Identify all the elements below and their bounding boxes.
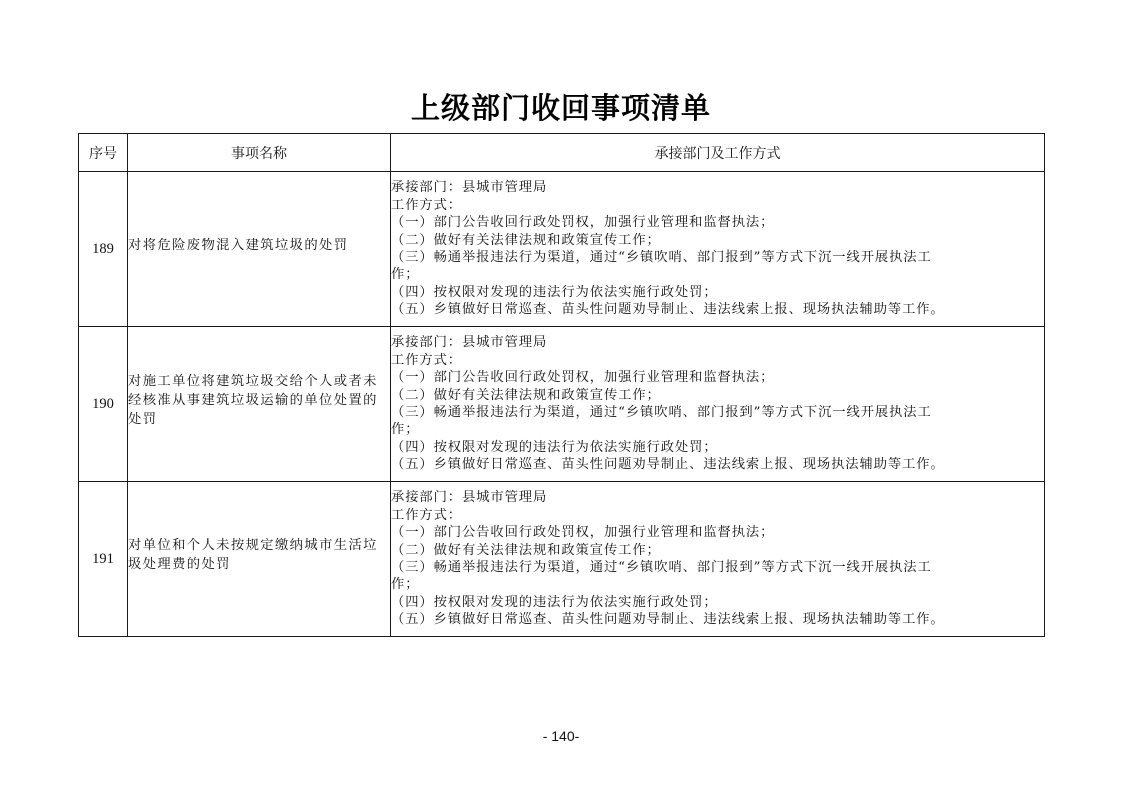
method-item-3: （三）畅通举报违法行为渠道，通过“乡镇吹哨、部门报到”等方式下沉一线开展执法工 (391, 559, 1044, 576)
method-heading: 工作方式： (391, 197, 1044, 214)
department-line: 承接部门：县城市管理局 (391, 179, 1044, 196)
method-item-3: （三）畅通举报违法行为渠道，通过“乡镇吹哨、部门报到”等方式下沉一线开展执法工 (391, 249, 1044, 266)
method-heading: 工作方式： (391, 352, 1044, 369)
recalled-items-table: 序号 事项名称 承接部门及工作方式 189 对将危险废物混入建筑垃圾的处罚 承接… (78, 133, 1045, 637)
method-item-3-cont: 作； (391, 266, 1044, 283)
method-item-3-cont: 作； (391, 421, 1044, 438)
method-item-1: （一）部门公告收回行政处罚权，加强行业管理和监督执法； (391, 524, 1044, 541)
method-item-3: （三）畅通举报违法行为渠道，通过“乡镇吹哨、部门报到”等方式下沉一线开展执法工 (391, 404, 1044, 421)
row-item-name: 对施工单位将建筑垃圾交给个人或者未经核准从事建筑垃圾运输的单位处置的处罚 (128, 327, 391, 482)
method-item-5: （五）乡镇做好日常巡查、苗头性问题劝导制止、违法线索上报、现场执法辅助等工作。 (391, 301, 1044, 318)
method-item-1: （一）部门公告收回行政处罚权，加强行业管理和监督执法； (391, 369, 1044, 386)
method-item-2: （二）做好有关法律法规和政策宣传工作； (391, 387, 1044, 404)
header-item-name: 事项名称 (128, 134, 391, 172)
department-line: 承接部门：县城市管理局 (391, 334, 1044, 351)
method-item-4: （四）按权限对发现的违法行为依法实施行政处罚； (391, 439, 1044, 456)
method-item-2: （二）做好有关法律法规和政策宣传工作； (391, 232, 1044, 249)
item-name-text: 对单位和个人未按规定缴纳城市生活垃圾处理费的处罚 (128, 536, 390, 582)
method-item-5: （五）乡镇做好日常巡查、苗头性问题劝导制止、违法线索上报、现场执法辅助等工作。 (391, 456, 1044, 473)
header-number: 序号 (79, 134, 128, 172)
row-department-method: 承接部门：县城市管理局 工作方式： （一）部门公告收回行政处罚权，加强行业管理和… (391, 172, 1045, 327)
table-row: 191 对单位和个人未按规定缴纳城市生活垃圾处理费的处罚 承接部门：县城市管理局… (79, 482, 1045, 637)
method-item-1: （一）部门公告收回行政处罚权，加强行业管理和监督执法； (391, 214, 1044, 231)
method-item-4: （四）按权限对发现的违法行为依法实施行政处罚； (391, 284, 1044, 301)
item-name-text: 对将危险废物混入建筑垃圾的处罚 (128, 236, 390, 263)
table-body: 189 对将危险废物混入建筑垃圾的处罚 承接部门：县城市管理局 工作方式： （一… (79, 172, 1045, 637)
table-row: 190 对施工单位将建筑垃圾交给个人或者未经核准从事建筑垃圾运输的单位处置的处罚… (79, 327, 1045, 482)
row-item-name: 对单位和个人未按规定缴纳城市生活垃圾处理费的处罚 (128, 482, 391, 637)
row-department-method: 承接部门：县城市管理局 工作方式： （一）部门公告收回行政处罚权，加强行业管理和… (391, 482, 1045, 637)
method-item-2: （二）做好有关法律法规和政策宣传工作； (391, 542, 1044, 559)
row-department-method: 承接部门：县城市管理局 工作方式： （一）部门公告收回行政处罚权，加强行业管理和… (391, 327, 1045, 482)
table-header: 序号 事项名称 承接部门及工作方式 (79, 134, 1045, 172)
row-item-name: 对将危险废物混入建筑垃圾的处罚 (128, 172, 391, 327)
method-item-4: （四）按权限对发现的违法行为依法实施行政处罚； (391, 594, 1044, 611)
department-line: 承接部门：县城市管理局 (391, 489, 1044, 506)
method-heading: 工作方式： (391, 507, 1044, 524)
method-item-3-cont: 作； (391, 576, 1044, 593)
row-number: 190 (79, 327, 128, 482)
page-number: - 140- (0, 728, 1122, 744)
row-number: 189 (79, 172, 128, 327)
page-title: 上级部门收回事项清单 (0, 88, 1122, 128)
table-row: 189 对将危险废物混入建筑垃圾的处罚 承接部门：县城市管理局 工作方式： （一… (79, 172, 1045, 327)
header-department-method: 承接部门及工作方式 (391, 134, 1045, 172)
row-number: 191 (79, 482, 128, 637)
header-row: 序号 事项名称 承接部门及工作方式 (79, 134, 1045, 172)
item-name-text: 对施工单位将建筑垃圾交给个人或者未经核准从事建筑垃圾运输的单位处置的处罚 (128, 372, 390, 437)
method-item-5: （五）乡镇做好日常巡查、苗头性问题劝导制止、违法线索上报、现场执法辅助等工作。 (391, 611, 1044, 628)
